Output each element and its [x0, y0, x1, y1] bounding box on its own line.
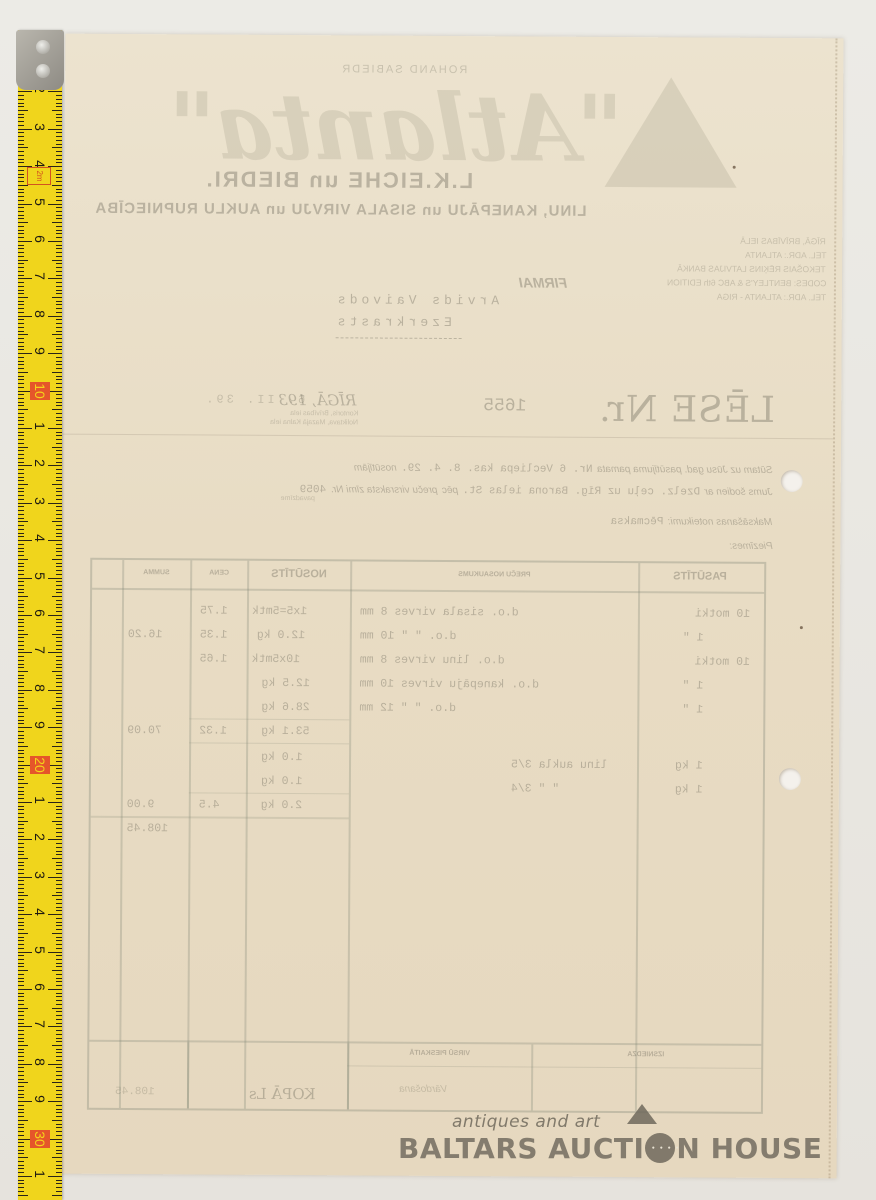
tape-tick	[18, 671, 28, 672]
tape-tick	[18, 1165, 24, 1166]
tape-tick	[18, 787, 24, 788]
tape-tick	[18, 1116, 24, 1117]
tape-tick	[56, 170, 62, 171]
tape-tick	[56, 319, 62, 320]
tape-tick	[56, 869, 62, 870]
tape-tick	[48, 1026, 62, 1027]
tape-tick	[18, 705, 24, 706]
tape-tick	[18, 817, 24, 818]
tape-tick	[18, 1030, 24, 1031]
tape-tick	[56, 226, 62, 227]
tape-tick	[18, 462, 24, 463]
tape-tick	[48, 839, 62, 840]
tape-number: 5	[32, 195, 48, 209]
tape-tick	[52, 596, 62, 597]
tape-tick	[18, 103, 24, 104]
punch-hole	[781, 470, 803, 492]
tape-tick	[18, 387, 24, 388]
tape-tick	[18, 1094, 24, 1095]
tape-tick	[18, 398, 24, 399]
tape-tick	[56, 1191, 62, 1192]
tape-tick	[52, 1195, 62, 1196]
tape-tick	[18, 424, 24, 425]
tape-tick	[56, 787, 62, 788]
tape-number: 8	[32, 1055, 48, 1069]
tape-tick	[18, 1023, 24, 1024]
tape-tick	[52, 372, 62, 373]
tape-tick	[56, 454, 62, 455]
tape-tick	[52, 708, 62, 709]
tape-tick	[48, 91, 62, 92]
tape-tick	[18, 1146, 24, 1147]
tape-tick	[56, 1049, 62, 1050]
tape-tick	[56, 753, 62, 754]
tape-tick	[56, 701, 62, 702]
tape-tick	[56, 1142, 62, 1143]
tape-tick	[56, 626, 62, 627]
tape-tick	[56, 181, 62, 182]
tape-tick	[18, 499, 24, 500]
tape-tick	[18, 1052, 24, 1053]
tape-tick	[18, 536, 24, 537]
tape-tick	[56, 207, 62, 208]
tape-tick	[18, 578, 32, 579]
tape-tick	[18, 439, 24, 440]
tape-tick	[18, 215, 24, 216]
tape-tick	[56, 1172, 62, 1173]
tape-number: 6	[32, 606, 48, 620]
tape-tick	[18, 379, 24, 380]
tape-tick	[18, 791, 24, 792]
cell-price: 1.65	[200, 652, 228, 665]
lese-number: 1655	[483, 396, 526, 416]
tape-tick	[18, 140, 24, 141]
tape-tick	[56, 192, 62, 193]
tape-tick	[18, 592, 24, 593]
intro-line-1: Sūtam uz Jūsu gad. pasūtījuma pamata Nr.…	[93, 456, 773, 478]
cell-sum: 16.20	[128, 628, 163, 641]
tape-tick	[56, 342, 62, 343]
tape-tick	[18, 922, 24, 923]
tape-tick	[18, 1015, 24, 1016]
tape-tick	[18, 1131, 24, 1132]
tape-tick	[56, 686, 62, 687]
tape-tick	[18, 1049, 24, 1050]
tape-tick	[18, 757, 24, 758]
tape-number: 6	[32, 980, 48, 994]
tape-tick	[18, 750, 24, 751]
tape-tick	[18, 985, 24, 986]
tape-tick	[18, 521, 28, 522]
tape-tick	[56, 809, 62, 810]
tape-tick	[56, 779, 62, 780]
tape-number: 7	[32, 643, 48, 657]
tape-tick	[56, 1112, 62, 1113]
tape-tick	[52, 895, 62, 896]
tape-tick	[56, 880, 62, 881]
tape-tick	[18, 544, 24, 545]
tape-tick	[56, 424, 62, 425]
tape-tick	[18, 428, 32, 429]
subtotal-line	[189, 718, 349, 720]
tape-tick	[56, 282, 62, 283]
tape-tick	[56, 432, 62, 433]
tape-tick	[56, 469, 62, 470]
tape-tick	[56, 1097, 62, 1098]
tape-tick	[18, 596, 28, 597]
tape-tick	[18, 978, 24, 979]
watermark-tagline: antiques and art	[452, 1112, 600, 1132]
tape-tick	[18, 1191, 24, 1192]
tape-tick	[56, 1011, 62, 1012]
tape-tick	[56, 1041, 62, 1042]
tape-tick	[56, 892, 62, 893]
tape-tick	[18, 761, 24, 762]
tape-tick	[18, 637, 24, 638]
tape-tick	[56, 585, 62, 586]
tape-tick	[56, 937, 62, 938]
tape-tick	[52, 1008, 62, 1009]
tape-tick	[18, 275, 24, 276]
tape-tick	[56, 237, 62, 238]
tape-tick	[18, 619, 24, 620]
tape-tick	[18, 641, 24, 642]
tape-tick	[56, 458, 62, 459]
tape-tick	[18, 394, 24, 395]
tape-tick	[18, 862, 24, 863]
tape-tick	[18, 248, 24, 249]
tape-tick	[56, 940, 62, 941]
tape-tick	[56, 473, 62, 474]
tape-tick	[18, 349, 24, 350]
tape-tick	[18, 454, 24, 455]
tape-tick	[56, 832, 62, 833]
tape-tick	[52, 409, 62, 410]
tape-tick	[56, 948, 62, 949]
tape-tick	[18, 338, 24, 339]
tape-tick	[56, 645, 62, 646]
tape-tick	[56, 1086, 62, 1087]
tape-tick	[56, 1090, 62, 1091]
tape-tick	[56, 290, 62, 291]
tape-tick	[52, 110, 62, 111]
tape-tick	[18, 727, 32, 728]
tape-tick	[48, 615, 62, 616]
tape-tick	[56, 1183, 62, 1184]
tape-tick	[18, 361, 24, 362]
tape-tick	[18, 952, 32, 953]
tape-tick	[18, 892, 24, 893]
tape-tick	[56, 705, 62, 706]
cell-sent: 10x5mtk	[252, 653, 300, 666]
tape-tick	[18, 155, 24, 156]
tape-tick	[18, 159, 24, 160]
tape-tick	[56, 551, 62, 552]
tape-tick	[56, 518, 62, 519]
tape-tick	[56, 555, 62, 556]
tape-tick	[18, 252, 24, 253]
tape-tick	[56, 963, 62, 964]
tape-tick	[56, 252, 62, 253]
tape-tick	[18, 600, 24, 601]
tape-tick	[18, 675, 24, 676]
tape-tick	[56, 488, 62, 489]
tape-tick	[18, 353, 32, 354]
tape-tick	[48, 1139, 62, 1140]
cell-name: d.o. kanepāju virves 10 mm	[359, 677, 539, 691]
tape-tick	[18, 877, 32, 878]
tape-tick	[18, 114, 24, 115]
tape-tick	[56, 189, 62, 190]
tape-tick	[18, 940, 24, 941]
tape-tick	[56, 346, 62, 347]
tape-tick	[18, 914, 32, 915]
tape-number: 5	[32, 569, 48, 583]
tape-tick	[18, 1064, 32, 1065]
tape-tick	[18, 510, 24, 511]
tape-tick	[56, 439, 62, 440]
tape-tick	[56, 1127, 62, 1128]
tape-tick	[18, 630, 24, 631]
tape-tick	[18, 1079, 24, 1080]
th-pasutits: PASŪTĪTS	[638, 570, 762, 583]
tape-tick	[56, 922, 62, 923]
tape-tick	[56, 121, 62, 122]
tape-tick	[18, 611, 24, 612]
tape-tick	[18, 420, 24, 421]
tape-tick	[56, 218, 62, 219]
paper-speck	[800, 626, 803, 629]
tape-tick	[52, 447, 62, 448]
tape-tick	[56, 592, 62, 593]
tape-tick	[18, 1109, 24, 1110]
tape-tick	[56, 1146, 62, 1147]
tape-tick	[18, 1011, 24, 1012]
tape-tick	[52, 1157, 62, 1158]
tape-tick	[56, 772, 62, 773]
tape-tick	[18, 746, 28, 747]
tape-number: 1	[32, 419, 48, 433]
tape-tick	[18, 222, 28, 223]
izsniedza-label: IZSNIEDZA	[531, 1050, 759, 1058]
tape-tick	[18, 937, 24, 938]
tape-tick	[18, 1034, 24, 1035]
tape-tick	[56, 716, 62, 717]
tape-tick	[56, 910, 62, 911]
tape-tick	[56, 641, 62, 642]
tape-tick	[18, 794, 24, 795]
tape-tick	[18, 1161, 24, 1162]
tape-tick	[56, 720, 62, 721]
col-divider	[119, 560, 124, 1108]
tape-tick	[18, 540, 32, 541]
divider	[63, 434, 833, 440]
tape-tick	[18, 1026, 32, 1027]
tape-tick	[56, 338, 62, 339]
tape-tick	[18, 364, 24, 365]
tape-tick	[18, 742, 24, 743]
tape-tick	[56, 536, 62, 537]
tape-tick	[56, 162, 62, 163]
tape-number: 30	[30, 1130, 50, 1148]
tape-tick	[18, 177, 24, 178]
tape-tick	[18, 1157, 28, 1158]
tape-tick	[18, 480, 24, 481]
tape-tick	[18, 132, 24, 133]
subtotal-line	[189, 792, 349, 794]
tape-tick	[56, 525, 62, 526]
tape-tick	[18, 664, 24, 665]
tape-tick	[18, 880, 24, 881]
cell-sent: 1x5=5mtk	[252, 605, 307, 618]
tape-tick	[18, 836, 24, 837]
tape-tick	[18, 450, 24, 451]
tape-tick	[56, 420, 62, 421]
tape-tick	[18, 873, 24, 874]
tape-tick	[56, 248, 62, 249]
tape-tick	[56, 1030, 62, 1031]
tape-tick	[18, 1112, 24, 1113]
tape-tick	[18, 368, 24, 369]
cell-name: d.o. linu virves 8 mm	[360, 653, 505, 667]
cell-sent: 53.1 kg	[261, 725, 309, 738]
tape-tick	[18, 319, 24, 320]
tape-tick	[56, 177, 62, 178]
tape-number: 9	[32, 718, 48, 732]
tape-tick	[56, 865, 62, 866]
virsu-value: Vārdošana	[399, 1084, 447, 1095]
tape-tick	[56, 959, 62, 960]
tape-tick	[56, 604, 62, 605]
tape-tick	[56, 985, 62, 986]
th-nosutits: NOSŪTĪTS	[247, 568, 350, 581]
tape-tick	[18, 91, 32, 92]
tape-tick	[56, 103, 62, 104]
cell-ordered: 1 "	[683, 631, 704, 644]
tape-tick	[48, 690, 62, 691]
cell-ordered: 1 kg	[675, 759, 703, 772]
tape-tick	[56, 1150, 62, 1151]
tape-tick	[18, 996, 24, 997]
tape-number: 3	[32, 868, 48, 882]
tape-tick	[56, 450, 62, 451]
tape-tick	[56, 361, 62, 362]
tape-tick	[18, 226, 24, 227]
tape-number: 7	[32, 269, 48, 283]
tape-tick	[56, 738, 62, 739]
tape-tick	[52, 260, 62, 261]
tape-tick	[18, 263, 24, 264]
intro-line-4: Piezīmes:	[92, 532, 772, 554]
tape-tick	[18, 948, 24, 949]
tape-tick	[56, 735, 62, 736]
tape-tick	[18, 1183, 24, 1184]
tape-tick	[56, 619, 62, 620]
cell-ordered: 10 motki	[694, 655, 749, 668]
tape-tick	[56, 271, 62, 272]
tape-tick	[56, 327, 62, 328]
tape-tick	[18, 574, 24, 575]
date-value: 6. II. 39.	[203, 392, 305, 407]
tape-tick	[56, 589, 62, 590]
cell-sent: 1.0 kg	[261, 751, 303, 764]
cell-name: linu aukla 3/5	[511, 758, 608, 772]
tape-tick	[56, 570, 62, 571]
tape-tick	[56, 357, 62, 358]
tape-tick	[18, 813, 24, 814]
tape-tick	[56, 256, 62, 257]
tape-tick	[52, 1120, 62, 1121]
tape-tick	[18, 839, 32, 840]
tape-tick	[18, 847, 24, 848]
tape-tick	[18, 888, 24, 889]
cell-sent: 28.6 kg	[261, 701, 309, 714]
tape-tick	[18, 484, 28, 485]
tape-tick	[18, 1086, 24, 1087]
tape-tick	[18, 678, 24, 679]
tape-number: 7	[32, 1017, 48, 1031]
tape-tick	[18, 697, 24, 698]
tape-tick	[18, 518, 24, 519]
tape-tick	[18, 858, 28, 859]
tape-tick	[52, 147, 62, 148]
cell-name: " " 3/4	[511, 782, 559, 795]
tape-tick	[18, 693, 24, 694]
tape-tick	[52, 858, 62, 859]
tape-tick	[56, 510, 62, 511]
lese-title: LĒSE Nr.	[598, 389, 775, 431]
tape-tick	[52, 297, 62, 298]
tape-tick	[56, 304, 62, 305]
tape-tick	[18, 1075, 24, 1076]
perforated-edge	[827, 38, 838, 1178]
tape-tick	[18, 1071, 24, 1072]
cell-sum: 9.00	[127, 798, 155, 811]
tape-tick	[56, 873, 62, 874]
tape-tick	[48, 877, 62, 878]
tape-tick	[18, 230, 24, 231]
tape-tick	[56, 245, 62, 246]
col-divider	[347, 561, 352, 1109]
cell-price: 4.5	[199, 798, 220, 811]
tape-tick	[18, 585, 24, 586]
tape-tick	[52, 185, 62, 186]
tape-tick	[52, 821, 62, 822]
tape-tick	[48, 727, 62, 728]
tape-tick	[18, 1082, 28, 1083]
tape-tick	[56, 462, 62, 463]
tape-tick	[56, 607, 62, 608]
tape-tick	[56, 851, 62, 852]
tape-tick	[56, 155, 62, 156]
tape-tick	[56, 742, 62, 743]
tape-tick	[48, 1064, 62, 1065]
tape-tick	[56, 750, 62, 751]
cell-price: 1.75	[200, 604, 228, 617]
tape-tick	[18, 1120, 28, 1121]
tape-tick	[56, 286, 62, 287]
tape-tick	[18, 525, 24, 526]
company-name: L.K.EICHE un BIEDRI.	[205, 166, 474, 194]
tape-tick	[18, 1127, 24, 1128]
cell-price: 1.32	[199, 724, 227, 737]
tape-tick	[18, 910, 24, 911]
tape-tick	[18, 993, 24, 994]
watermark-name: BALTARS AUCTI• • • •N HOUSE	[398, 1132, 822, 1165]
tape-tick	[18, 331, 24, 332]
tape-tick	[56, 761, 62, 762]
tape-tick	[18, 357, 24, 358]
